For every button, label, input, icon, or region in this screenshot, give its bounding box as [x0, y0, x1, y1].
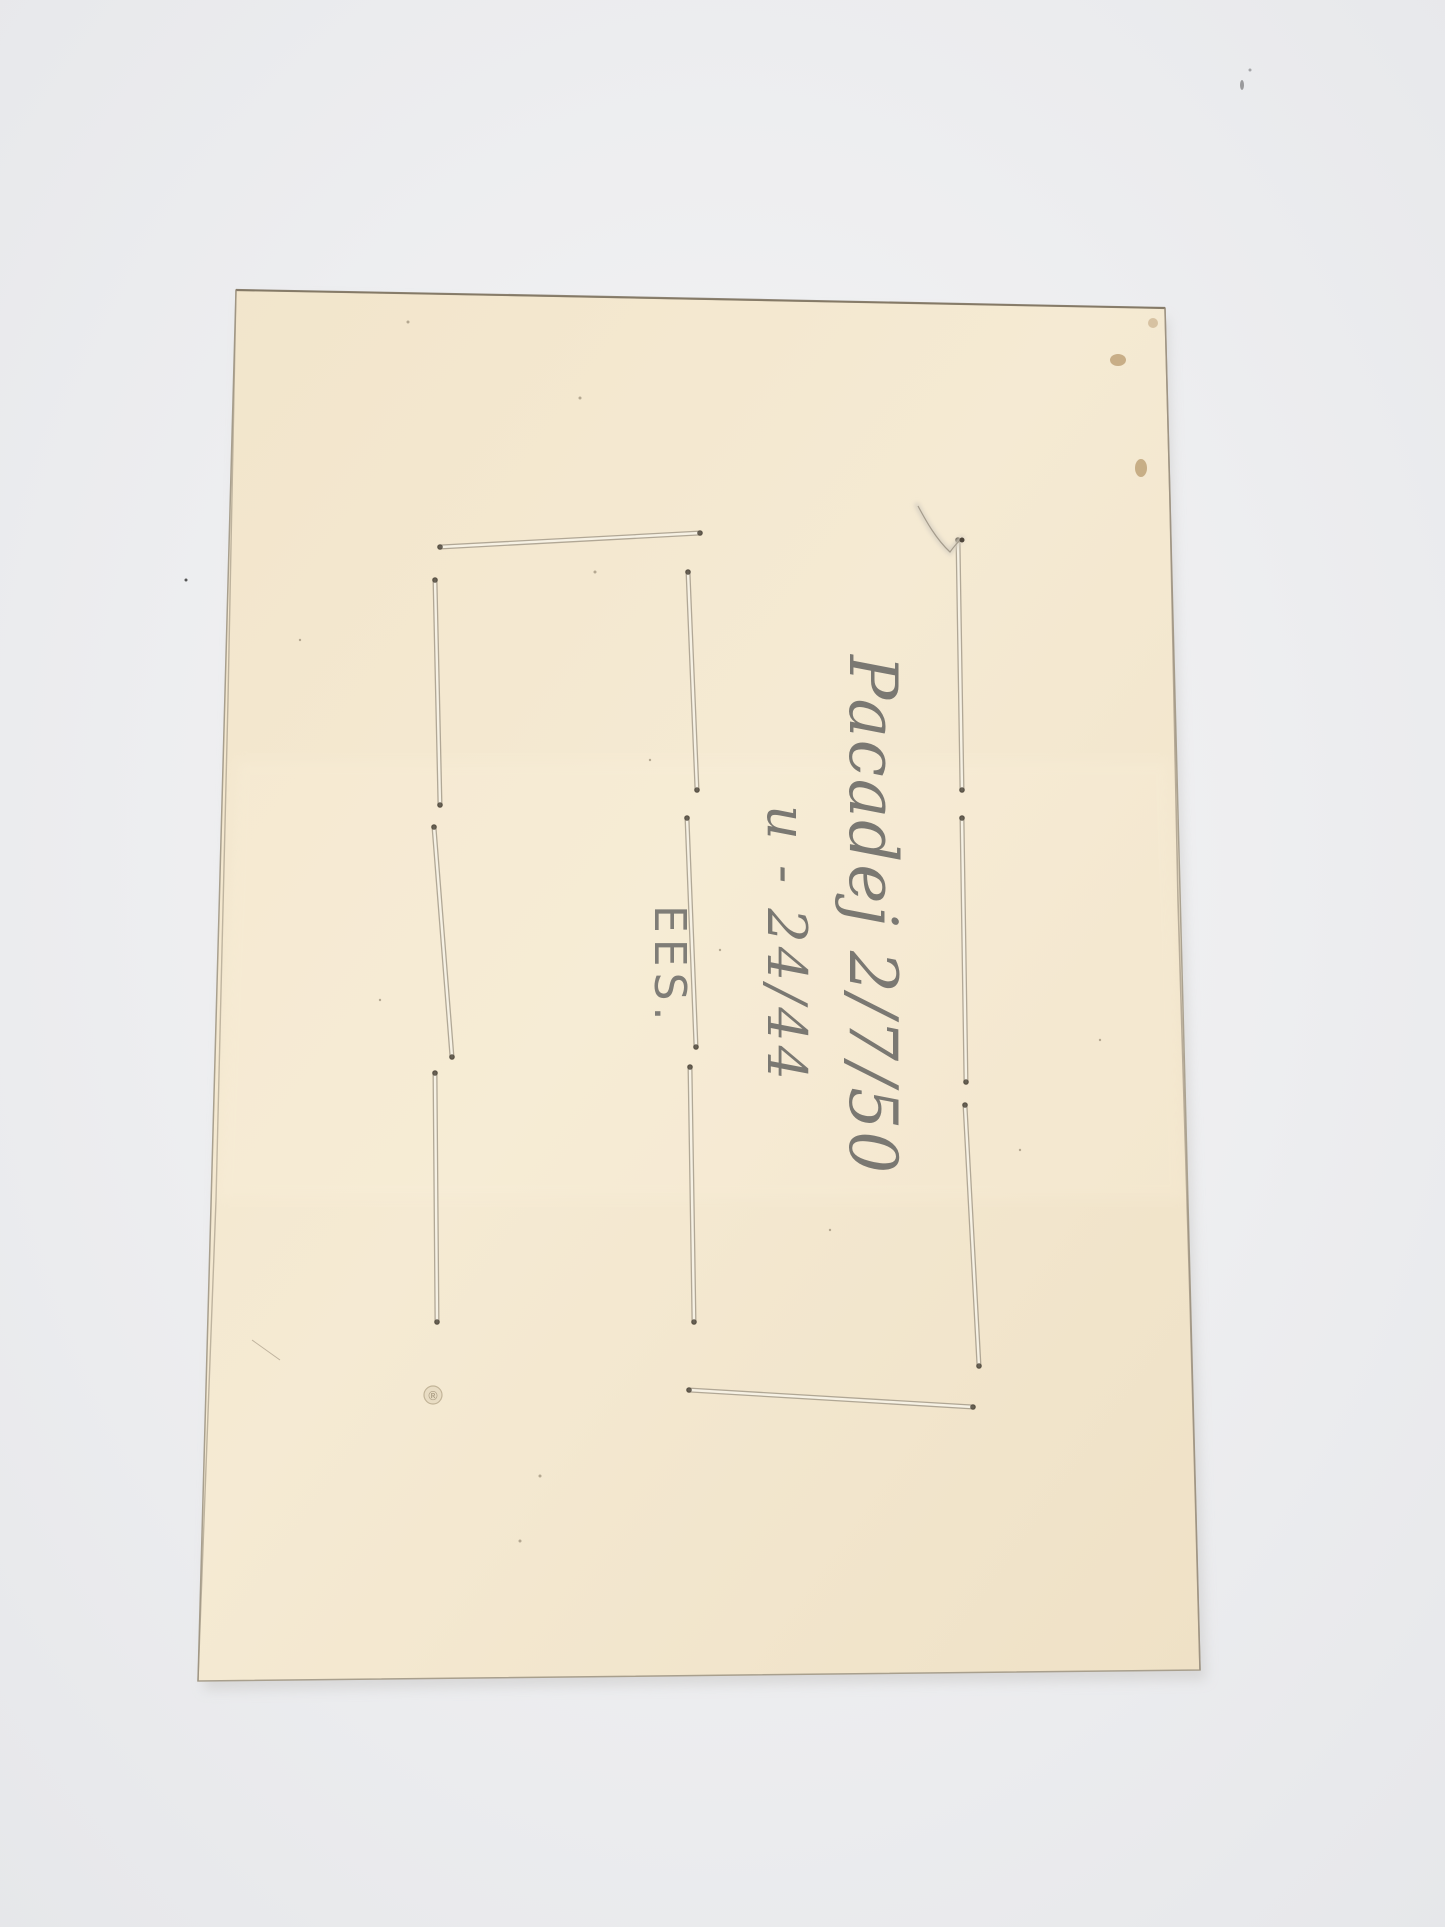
stain-spot: [1148, 318, 1158, 328]
inscription-line-1: Pacadej 2/7/50: [834, 654, 911, 1175]
paper-card: [198, 290, 1200, 1681]
photo-scene: ® Pacadej 2/7/50 u - 24/44 EES.: [0, 0, 1445, 1927]
stamp-mark: ®: [424, 1386, 442, 1404]
inscription-line-2: u - 24/44: [755, 805, 818, 1084]
stain-spot: [1135, 459, 1147, 477]
inscription-line-3: EES.: [644, 905, 695, 1027]
svg-text:®: ®: [427, 1389, 439, 1403]
stain-spot: [1110, 354, 1126, 366]
